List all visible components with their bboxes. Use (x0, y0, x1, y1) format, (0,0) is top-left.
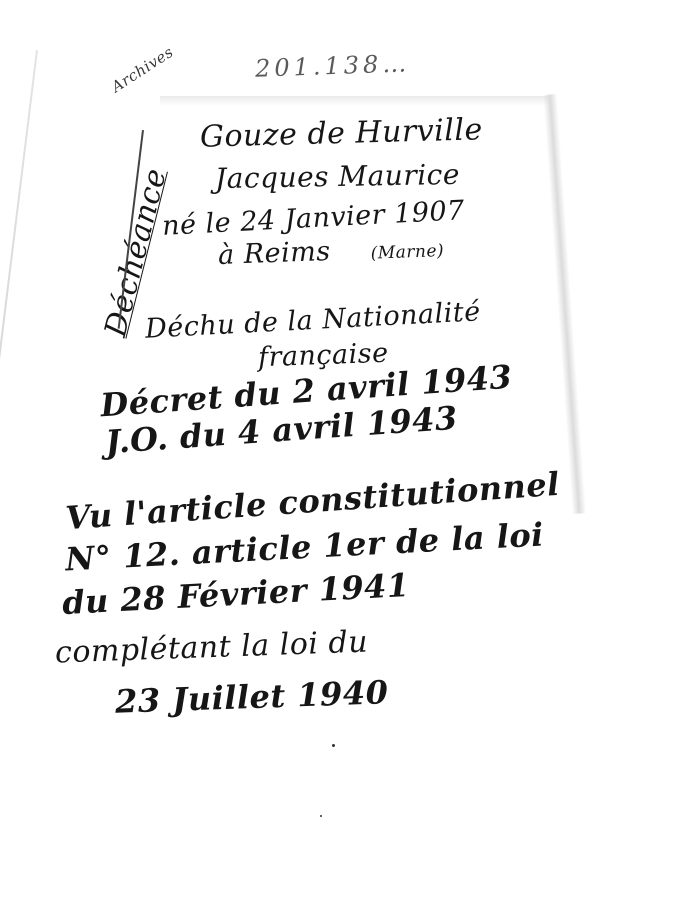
document-page: 201.138… Archives Déchéance Gouze de Hur… (0, 0, 684, 912)
subject-surname: Gouze de Hurville (200, 112, 484, 154)
legal-basis-line-4: complétant la loi du (54, 625, 368, 671)
ink-speck (320, 815, 322, 817)
card-left-edge (0, 50, 38, 566)
card-right-edge (543, 94, 586, 514)
birthplace-city: à Reims (218, 236, 332, 271)
reference-number: 201.138… (255, 49, 411, 82)
birthplace-department: (Marne) (370, 241, 444, 264)
legal-basis-line-5: 23 Juillet 1940 (114, 673, 389, 721)
archives-note: Archives (108, 43, 176, 96)
subject-birthplace: à Reims(Marne) (218, 232, 445, 271)
decision-line-1: Déchu de la Nationalité (144, 296, 481, 345)
subject-given-names: Jacques Maurice (215, 158, 460, 195)
ink-speck (332, 744, 335, 747)
card-top-shadow (160, 96, 550, 106)
